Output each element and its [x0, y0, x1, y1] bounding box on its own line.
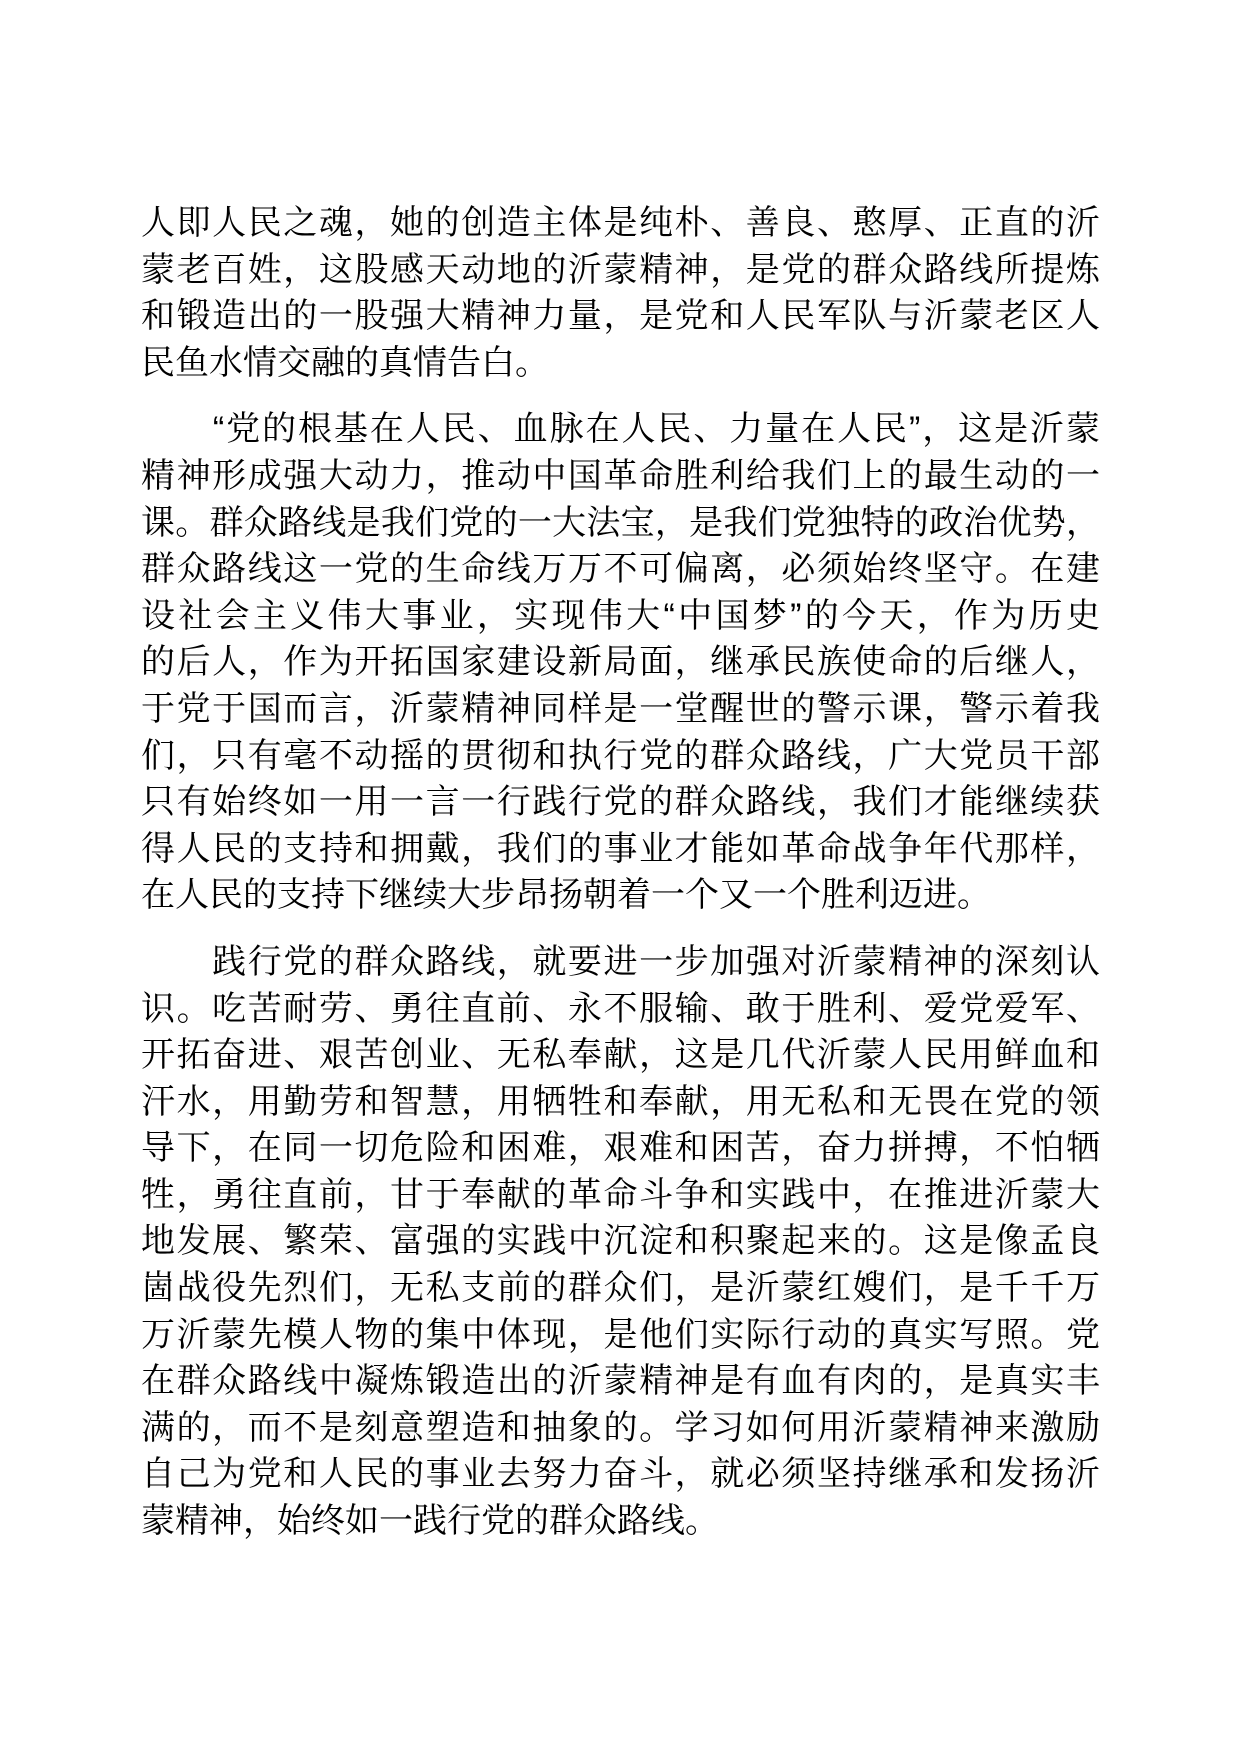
document-page: 人即人民之魂，她的创造主体是纯朴、善良、憨厚、正直的沂蒙老百姓，这股感天动地的沂… — [0, 0, 1240, 1754]
document-screenshot: { "page": { "background_color": "#ffffff… — [0, 0, 1240, 1754]
text-line: 得人民的支持和拥戴，我们的事业才能如革命战争年代那样， — [141, 826, 1100, 873]
text-line: 和锻造出的一股强大精神力量，是党和人民军队与沂蒙老区人 — [141, 293, 1100, 340]
text-line: 在人民的支持下继续大步昂扬朝着一个又一个胜利迈进。 — [141, 872, 1100, 919]
text-line: 满的，而不是刻意塑造和抽象的。学习如何用沂蒙精神来激励 — [141, 1405, 1100, 1452]
text-line: 们，只有毫不动摇的贯彻和执行党的群众路线，广大党员干部 — [141, 733, 1100, 780]
text-line: 于党于国而言，沂蒙精神同样是一堂醒世的警示课，警示着我 — [141, 686, 1100, 733]
text-line: 蒙老百姓，这股感天动地的沂蒙精神，是党的群众路线所提炼 — [141, 247, 1100, 294]
text-line: 导下，在同一切危险和困难，艰难和困苦，奋力拼搏，不怕牺 — [141, 1125, 1100, 1172]
text-line: 蒙精神，始终如一践行党的群众路线。 — [141, 1498, 1100, 1545]
text-line: 崮战役先烈们，无私支前的群众们，是沂蒙红嫂们，是千千万 — [141, 1265, 1100, 1312]
text-line: 人即人民之魂，她的创造主体是纯朴、善良、憨厚、正直的沂 — [141, 200, 1100, 247]
text-line: 民鱼水情交融的真情告白。 — [141, 340, 1100, 387]
text-line: 精神形成强大动力，推动中国革命胜利给我们上的最生动的一 — [141, 453, 1100, 500]
text-line: 自己为党和人民的事业去努力奋斗，就必须坚持继承和发扬沂 — [141, 1451, 1100, 1498]
text-line: 地发展、繁荣、富强的实践中沉淀和积聚起来的。这是像孟良 — [141, 1218, 1100, 1265]
paragraph: 人即人民之魂，她的创造主体是纯朴、善良、憨厚、正直的沂蒙老百姓，这股感天动地的沂… — [141, 200, 1100, 386]
text-line: 在群众路线中凝炼锻造出的沂蒙精神是有血有肉的，是真实丰 — [141, 1358, 1100, 1405]
paragraph: 践行党的群众路线，就要进一步加强对沂蒙精神的深刻认识。吃苦耐劳、勇往直前、永不服… — [141, 939, 1100, 1545]
paragraph: “党的根基在人民、血脉在人民、力量在人民”，这是沂蒙精神形成强大动力，推动中国革… — [141, 406, 1100, 919]
text-line: 设社会主义伟大事业，实现伟大“中国梦”的今天，作为历史 — [141, 593, 1100, 640]
text-line: 牲，勇往直前，甘于奉献的革命斗争和实践中，在推进沂蒙大 — [141, 1172, 1100, 1219]
text-line: 汗水，用勤劳和智慧，用牺牲和奉献，用无私和无畏在党的领 — [141, 1079, 1100, 1126]
text-line: 课。群众路线是我们党的一大法宝，是我们党独特的政治优势， — [141, 500, 1100, 547]
text-line: 开拓奋进、艰苦创业、无私奉献，这是几代沂蒙人民用鲜血和 — [141, 1032, 1100, 1079]
text-line: 万沂蒙先模人物的集中体现，是他们实际行动的真实写照。党 — [141, 1312, 1100, 1359]
text-line: 只有始终如一用一言一行践行党的群众路线，我们才能继续获 — [141, 779, 1100, 826]
text-line: 的后人，作为开拓国家建设新局面，继承民族使命的后继人， — [141, 639, 1100, 686]
text-line: 践行党的群众路线，就要进一步加强对沂蒙精神的深刻认 — [141, 939, 1100, 986]
text-line: 群众路线这一党的生命线万万不可偏离，必须始终坚守。在建 — [141, 546, 1100, 593]
text-line: “党的根基在人民、血脉在人民、力量在人民”，这是沂蒙 — [141, 406, 1100, 453]
text-line: 识。吃苦耐劳、勇往直前、永不服输、敢于胜利、爱党爱军、 — [141, 986, 1100, 1033]
text-block: 人即人民之魂，她的创造主体是纯朴、善良、憨厚、正直的沂蒙老百姓，这股感天动地的沂… — [141, 200, 1100, 1545]
